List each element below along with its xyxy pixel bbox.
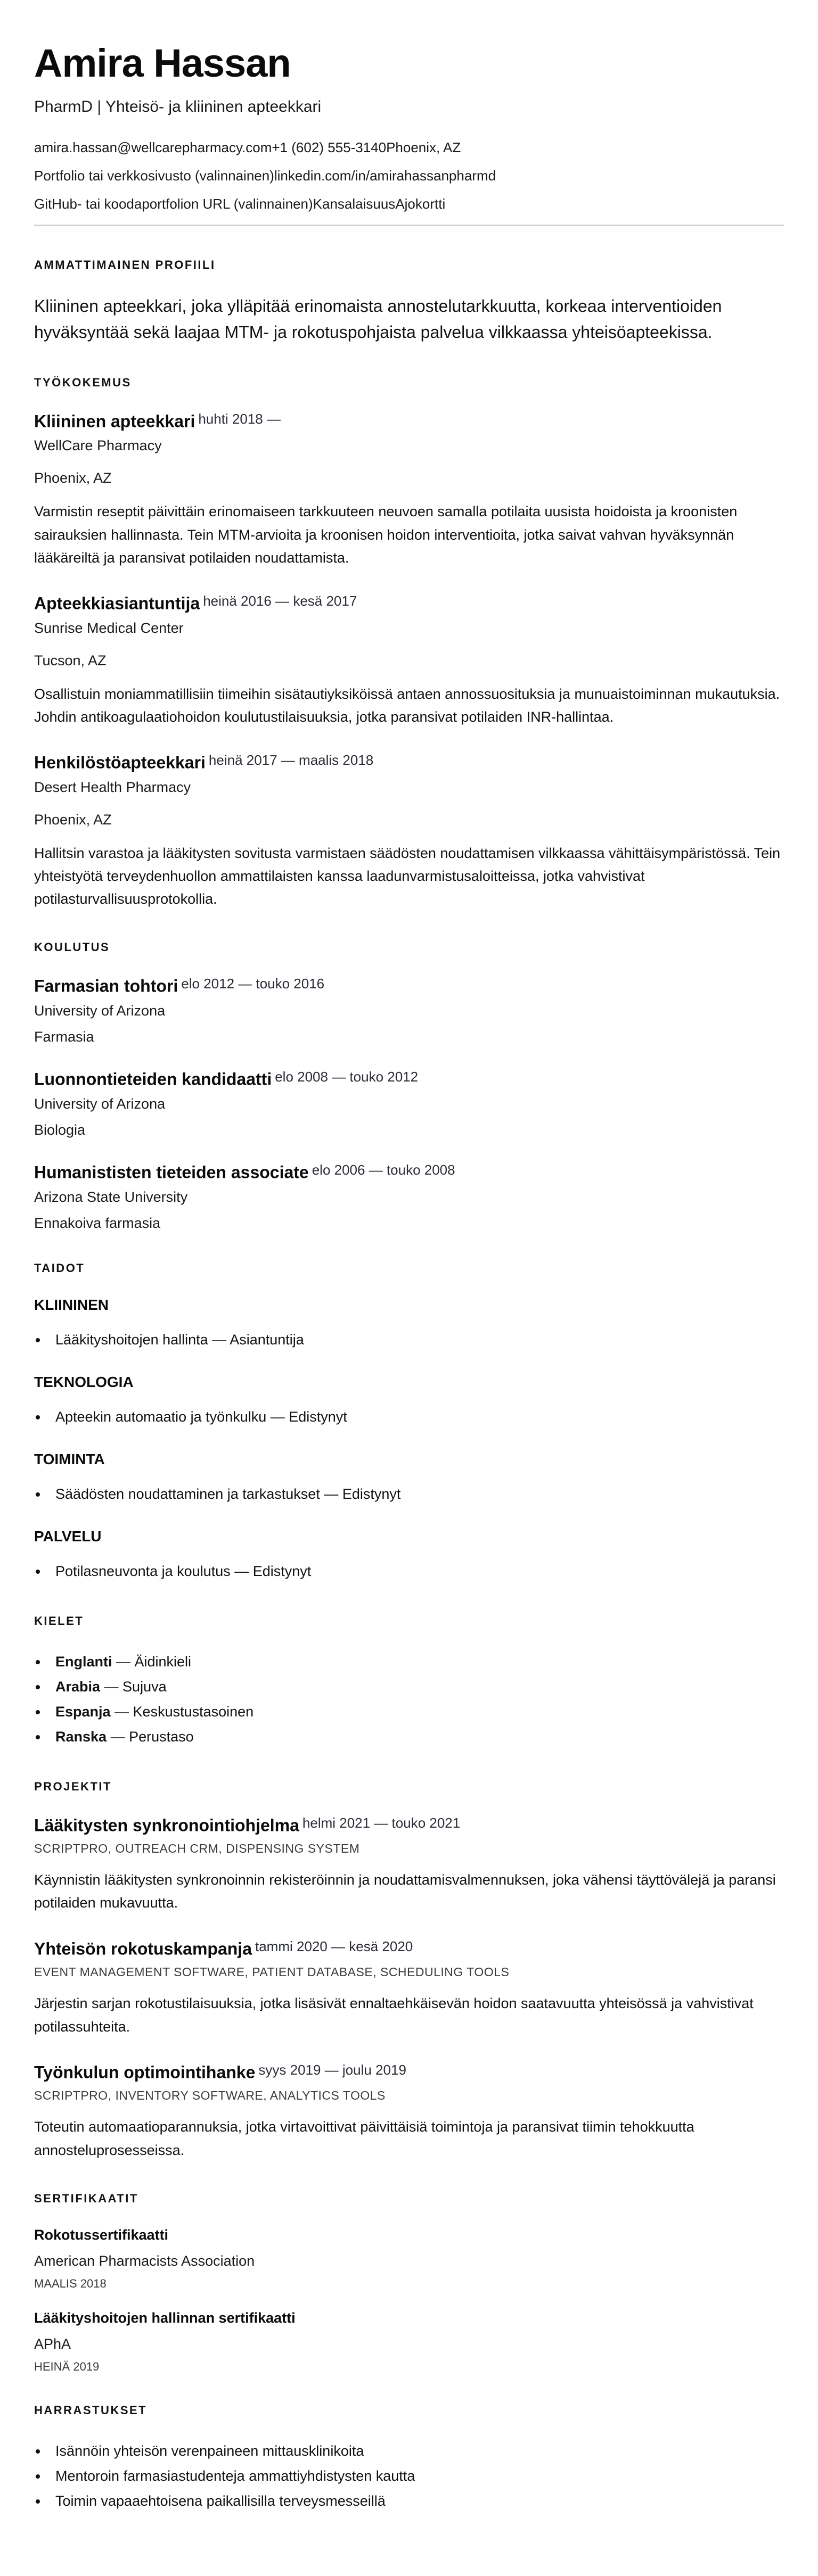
- entry-header: Humanististen tieteiden associateelo 200…: [34, 1162, 784, 1183]
- project-name: Yhteisön rokotuskampanja: [34, 1939, 252, 1958]
- section-title: Projektit: [34, 1780, 784, 1794]
- certification-name: Lääkityshoitojen hallinnan sertifikaatti: [34, 2310, 784, 2326]
- education-dates: elo 2012 — touko 2016: [181, 976, 324, 992]
- entry-header: Yhteisön rokotuskampanjatammi 2020 — kes…: [34, 1938, 784, 1959]
- education-dates: elo 2008 — touko 2012: [275, 1069, 418, 1085]
- skill-category-title: Kliininen: [34, 1297, 784, 1314]
- project-dates: tammi 2020 — kesä 2020: [255, 1938, 413, 1954]
- interests-section: Harrastukset Isännöin yhteisön verenpain…: [34, 2404, 784, 2514]
- experience-entry: Kliininen apteekkarihuhti 2018 —WellCare…: [34, 411, 784, 569]
- school-name: University of Arizona: [34, 1096, 784, 1112]
- header-divider: [34, 225, 784, 226]
- project-description: Toteutin automaatioparannuksia, jotka vi…: [34, 2116, 784, 2161]
- field-of-study: Ennakoiva farmasia: [34, 1215, 784, 1232]
- certification-date: maalis 2018: [34, 2277, 784, 2291]
- entry-header: Luonnontieteiden kandidaattielo 2008 — t…: [34, 1069, 784, 1089]
- interest-item: Isännöin yhteisön verenpaineen mittauskl…: [34, 2439, 784, 2464]
- company-name: Desert Health Pharmacy: [34, 779, 784, 796]
- job-dates: huhti 2018 —: [198, 411, 281, 427]
- entry-header: Farmasian tohtorielo 2012 — touko 2016: [34, 976, 784, 996]
- education-entry: Luonnontieteiden kandidaattielo 2008 — t…: [34, 1069, 784, 1138]
- education-dates: elo 2006 — touko 2008: [312, 1162, 455, 1178]
- degree-name: Farmasian tohtori: [34, 977, 178, 996]
- experience-list: Kliininen apteekkarihuhti 2018 —WellCare…: [34, 411, 784, 911]
- certification-name: Rokotussertifikaatti: [34, 2227, 784, 2243]
- entry-header: Lääkitysten synkronointiohjelmahelmi 202…: [34, 1815, 784, 1836]
- certifications-list: RokotussertifikaattiAmerican Pharmacists…: [34, 2227, 784, 2374]
- certification-entry: RokotussertifikaattiAmerican Pharmacists…: [34, 2227, 784, 2291]
- language-level: — Sujuva: [100, 1679, 167, 1695]
- project-entry: Lääkitysten synkronointiohjelmahelmi 202…: [34, 1815, 784, 1915]
- project-entry: Yhteisön rokotuskampanjatammi 2020 — kes…: [34, 1938, 784, 2038]
- projects-list: Lääkitysten synkronointiohjelmahelmi 202…: [34, 1815, 784, 2162]
- company-name: WellCare Pharmacy: [34, 437, 784, 454]
- skill-item: Apteekin automaatio ja työnkulku — Edist…: [34, 1405, 784, 1430]
- job-location: Phoenix, AZ: [34, 812, 784, 828]
- github-placeholder: GitHub- tai koodaportfolion URL (valinna…: [34, 196, 313, 212]
- degree-name: Humanististen tieteiden associate: [34, 1162, 309, 1182]
- skill-item: Lääkityshoitojen hallinta — Asiantuntija: [34, 1327, 784, 1352]
- certification-issuer: APhA: [34, 2336, 784, 2352]
- certification-date: heinä 2019: [34, 2360, 784, 2374]
- project-technologies: ScriptPro, Inventory Software, Analytics…: [34, 2088, 784, 2103]
- section-title: Ammattimainen profiili: [34, 258, 784, 272]
- projects-section: Projektit Lääkitysten synkronointiohjelm…: [34, 1780, 784, 2162]
- language-name: Espanja: [55, 1704, 111, 1720]
- section-title: Koulutus: [34, 940, 784, 954]
- headline: PharmD | Yhteisö- ja kliininen apteekkar…: [34, 98, 784, 116]
- location: Phoenix, AZ: [386, 139, 461, 155]
- skill-category-title: Palvelu: [34, 1528, 784, 1545]
- certifications-section: Sertifikaatit RokotussertifikaattiAmeric…: [34, 2192, 784, 2374]
- language-level: — Keskustustasoinen: [111, 1704, 254, 1720]
- degree-name: Luonnontieteiden kandidaatti: [34, 1069, 272, 1088]
- skill-list: Säädösten noudattaminen ja tarkastukset …: [34, 1482, 784, 1507]
- school-name: Arizona State University: [34, 1189, 784, 1206]
- contact-line-3: GitHub- tai koodaportfolion URL (valinna…: [34, 196, 784, 212]
- resume-page: Amira Hassan PharmD | Yhteisö- ja kliini…: [0, 0, 818, 2576]
- section-title: Taidot: [34, 1261, 784, 1275]
- job-title: Henkilöstöapteekkari: [34, 753, 206, 772]
- project-dates: helmi 2021 — touko 2021: [302, 1815, 460, 1831]
- profile-section: Ammattimainen profiili Kliininen apteekk…: [34, 258, 784, 346]
- interests-list: Isännöin yhteisön verenpaineen mittauskl…: [34, 2439, 784, 2514]
- certification-issuer: American Pharmacists Association: [34, 2253, 784, 2269]
- language-name: Arabia: [55, 1679, 100, 1695]
- entry-header: Työnkulun optimointihankesyys 2019 — jou…: [34, 2062, 784, 2083]
- contact-line-2: Portfolio tai verkkosivusto (valinnainen…: [34, 168, 784, 184]
- project-name: Lääkitysten synkronointiohjelma: [34, 1815, 299, 1835]
- job-title: Kliininen apteekkari: [34, 411, 195, 431]
- company-name: Sunrise Medical Center: [34, 620, 784, 637]
- language-name: Ranska: [55, 1729, 107, 1745]
- contact-line-1: amira.hassan@wellcarepharmacy.com+1 (602…: [34, 139, 784, 156]
- job-location: Phoenix, AZ: [34, 470, 784, 486]
- language-level: — Äidinkieli: [112, 1654, 192, 1670]
- phone-number[interactable]: +1 (602) 555-3140: [272, 139, 386, 155]
- languages-section: Kielet Englanti — ÄidinkieliArabia — Suj…: [34, 1614, 784, 1750]
- project-technologies: Event Management Software, Patient Datab…: [34, 1965, 784, 1979]
- language-level: — Perustaso: [107, 1729, 194, 1745]
- languages-list: Englanti — ÄidinkieliArabia — SujuvaEspa…: [34, 1649, 784, 1750]
- section-title: Sertifikaatit: [34, 2192, 784, 2206]
- job-description: Osallistuin moniammatillisiin tiimeihin …: [34, 683, 784, 729]
- skill-category-title: Toiminta: [34, 1451, 784, 1468]
- language-item: Englanti — Äidinkieli: [34, 1649, 784, 1674]
- interest-item: Toimin vapaaehtoisena paikallisilla terv…: [34, 2489, 784, 2514]
- education-entry: Humanististen tieteiden associateelo 200…: [34, 1162, 784, 1232]
- experience-entry: Apteekkiasiantuntijaheinä 2016 — kesä 20…: [34, 593, 784, 729]
- skill-item: Potilasneuvonta ja koulutus — Edistynyt: [34, 1559, 784, 1584]
- education-entry: Farmasian tohtorielo 2012 — touko 2016Un…: [34, 976, 784, 1045]
- project-name: Työnkulun optimointihanke: [34, 2062, 255, 2082]
- language-item: Espanja — Keskustustasoinen: [34, 1699, 784, 1724]
- skill-list: Lääkityshoitojen hallinta — Asiantuntija: [34, 1327, 784, 1352]
- project-technologies: ScriptPro, Outreach CRM, Dispensing Syst…: [34, 1842, 784, 1856]
- entry-header: Henkilöstöapteekkariheinä 2017 — maalis …: [34, 752, 784, 773]
- project-dates: syys 2019 — joulu 2019: [258, 2062, 406, 2078]
- job-dates: heinä 2016 — kesä 2017: [203, 593, 357, 609]
- citizenship: Kansalaisuus: [313, 196, 396, 212]
- section-title: Työkokemus: [34, 376, 784, 390]
- section-title: Harrastukset: [34, 2404, 784, 2417]
- project-entry: Työnkulun optimointihankesyys 2019 — jou…: [34, 2062, 784, 2162]
- language-name: Englanti: [55, 1654, 112, 1670]
- job-description: Varmistin reseptit päivittäin erinomaise…: [34, 500, 784, 569]
- drivers-license: Ajokortti: [395, 196, 445, 212]
- experience-entry: Henkilöstöapteekkariheinä 2017 — maalis …: [34, 752, 784, 911]
- skill-item: Säädösten noudattaminen ja tarkastukset …: [34, 1482, 784, 1507]
- experience-section: Työkokemus Kliininen apteekkarihuhti 201…: [34, 376, 784, 911]
- field-of-study: Farmasia: [34, 1029, 784, 1045]
- project-description: Järjestin sarjan rokotustilaisuuksia, jo…: [34, 1992, 784, 2038]
- candidate-name: Amira Hassan: [34, 44, 784, 83]
- certification-entry: Lääkityshoitojen hallinnan sertifikaatti…: [34, 2310, 784, 2374]
- language-item: Arabia — Sujuva: [34, 1674, 784, 1699]
- section-title: Kielet: [34, 1614, 784, 1628]
- skills-section: Taidot KliininenLääkityshoitojen hallint…: [34, 1261, 784, 1584]
- project-description: Käynnistin lääkitysten synkronoinnin rek…: [34, 1869, 784, 1914]
- job-title: Apteekkiasiantuntija: [34, 593, 200, 613]
- skill-category-title: Teknologia: [34, 1374, 784, 1391]
- portfolio-placeholder: Portfolio tai verkkosivusto (valinnainen…: [34, 168, 274, 184]
- education-section: Koulutus Farmasian tohtorielo 2012 — tou…: [34, 940, 784, 1231]
- education-list: Farmasian tohtorielo 2012 — touko 2016Un…: [34, 976, 784, 1231]
- skills-list: KliininenLääkityshoitojen hallinta — Asi…: [34, 1297, 784, 1584]
- entry-header: Apteekkiasiantuntijaheinä 2016 — kesä 20…: [34, 593, 784, 614]
- linkedin-link[interactable]: linkedin.com/in/amirahassanpharmd: [274, 168, 496, 184]
- interest-item: Mentoroin farmasiastudenteja ammattiyhdi…: [34, 2464, 784, 2489]
- language-item: Ranska — Perustaso: [34, 1724, 784, 1749]
- profile-summary: Kliininen apteekkari, joka ylläpitää eri…: [34, 293, 784, 346]
- email-link[interactable]: amira.hassan@wellcarepharmacy.com: [34, 139, 272, 155]
- entry-header: Kliininen apteekkarihuhti 2018 —: [34, 411, 784, 432]
- job-dates: heinä 2017 — maalis 2018: [209, 752, 373, 768]
- job-location: Tucson, AZ: [34, 653, 784, 669]
- skill-list: Apteekin automaatio ja työnkulku — Edist…: [34, 1405, 784, 1430]
- school-name: University of Arizona: [34, 1003, 784, 1019]
- resume-header: Amira Hassan PharmD | Yhteisö- ja kliini…: [34, 44, 784, 226]
- skill-list: Potilasneuvonta ja koulutus — Edistynyt: [34, 1559, 784, 1584]
- field-of-study: Biologia: [34, 1122, 784, 1138]
- job-description: Hallitsin varastoa ja lääkitysten sovitu…: [34, 842, 784, 911]
